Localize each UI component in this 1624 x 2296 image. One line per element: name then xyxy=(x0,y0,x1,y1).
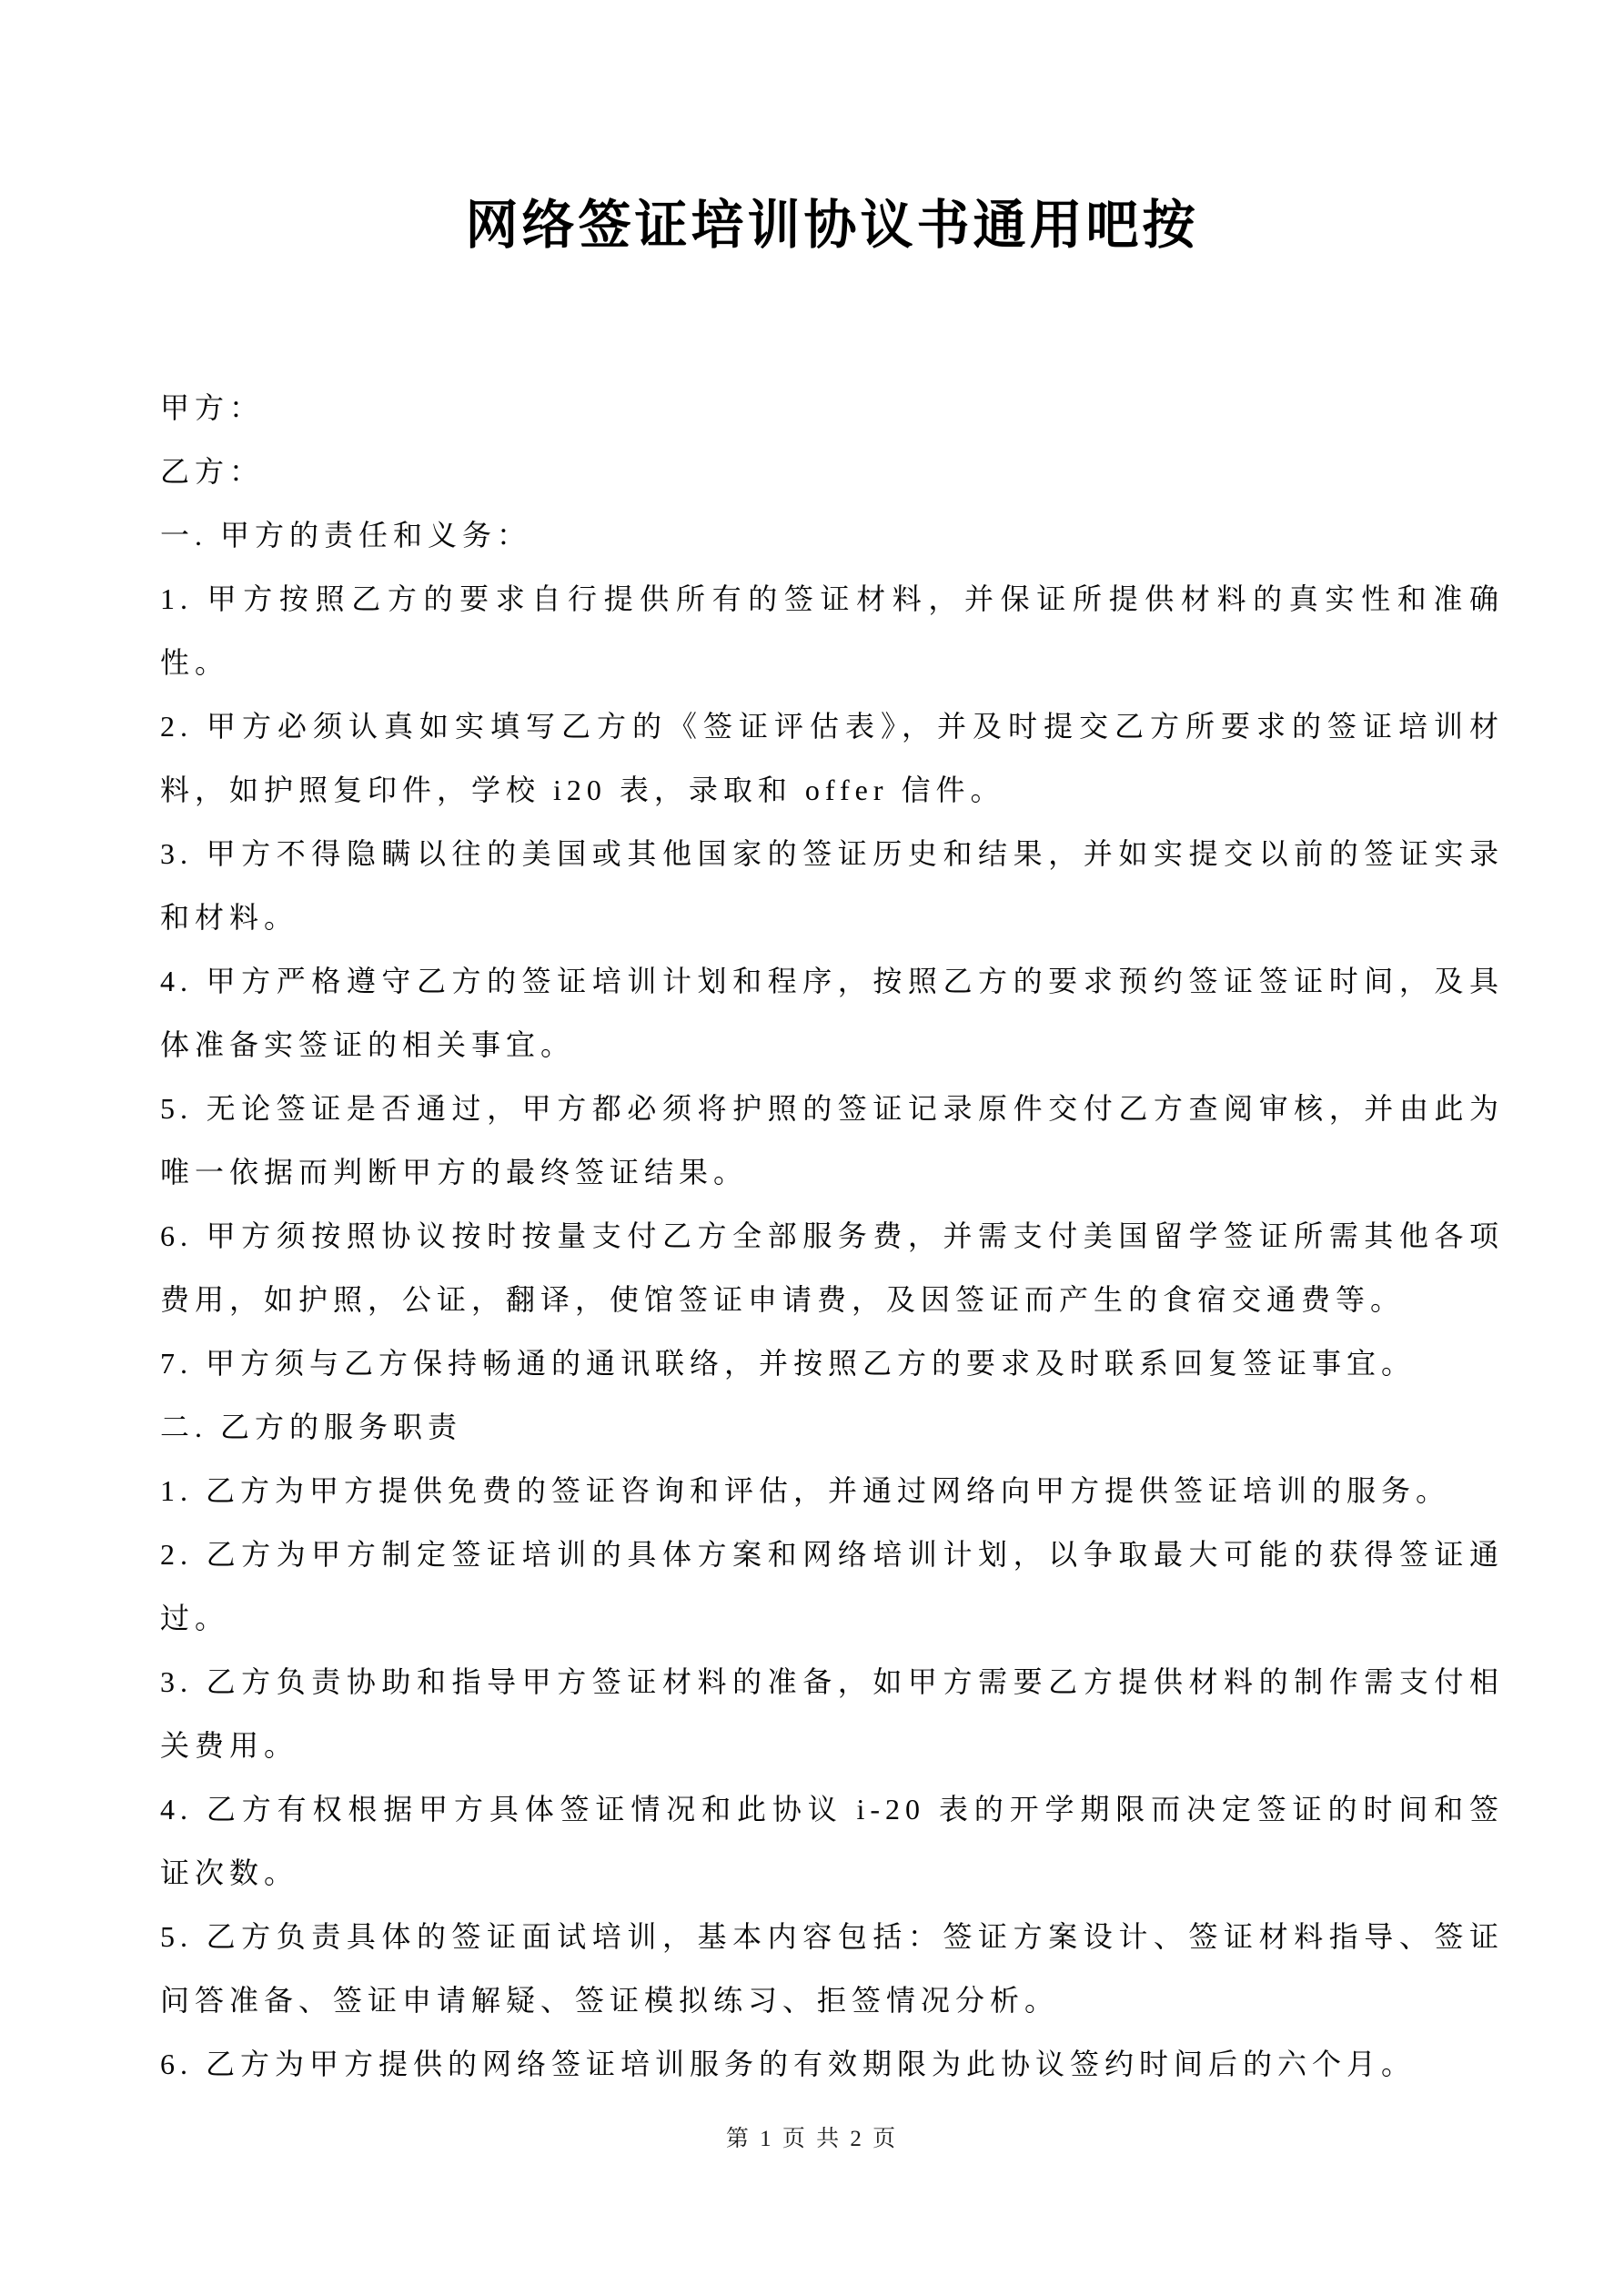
section-2-item-1: 1. 乙方为甲方提供免费的签证咨询和评估，并通过网络向甲方提供签证培训的服务。 xyxy=(160,1459,1504,1522)
section-2-item-2: 2. 乙方为甲方制定签证培训的具体方案和网络培训计划，以争取最大可能的获得签证通… xyxy=(160,1522,1504,1650)
section-1-item-7: 7. 甲方须与乙方保持畅通的通讯联络，并按照乙方的要求及时联系回复签证事宜。 xyxy=(160,1331,1504,1395)
section-1-item-2: 2. 甲方必须认真如实填写乙方的《签证评估表》，并及时提交乙方所要求的签证培训材… xyxy=(160,694,1504,822)
document-body: 甲方： 乙方： 一. 甲方的责任和义务： 1. 甲方按照乙方的要求自行提供所有的… xyxy=(160,376,1504,2096)
section-2-item-6: 6. 乙方为甲方提供的网络签证培训服务的有效期限为此协议签约时间后的六个月。 xyxy=(160,2032,1504,2096)
section-1-item-5: 5. 无论签证是否通过，甲方都必须将护照的签证记录原件交付乙方查阅审核，并由此为… xyxy=(160,1077,1504,1204)
section-1-item-1: 1. 甲方按照乙方的要求自行提供所有的签证材料，并保证所提供材料的真实性和准确性… xyxy=(160,567,1504,694)
section-1-item-4: 4. 甲方严格遵守乙方的签证培训计划和程序，按照乙方的要求预约签证签证时间，及具… xyxy=(160,949,1504,1077)
section-2-item-3: 3. 乙方负责协助和指导甲方签证材料的准备，如甲方需要乙方提供材料的制作需支付相… xyxy=(160,1650,1504,1777)
section-2-heading: 二. 乙方的服务职责 xyxy=(160,1395,1504,1459)
party-b-line: 乙方： xyxy=(160,440,1504,503)
section-2-item-5: 5. 乙方负责具体的签证面试培训，基本内容包括：签证方案设计、签证材料指导、签证… xyxy=(160,1905,1504,2032)
section-1-item-6: 6. 甲方须按照协议按时按量支付乙方全部服务费，并需支付美国留学签证所需其他各项… xyxy=(160,1204,1504,1331)
party-a-line: 甲方： xyxy=(160,376,1504,440)
section-2-item-4: 4. 乙方有权根据甲方具体签证情况和此协议 i-20 表的开学期限而决定签证的时… xyxy=(160,1777,1504,1905)
section-1-item-3: 3. 甲方不得隐瞒以往的美国或其他国家的签证历史和结果，并如实提交以前的签证实录… xyxy=(160,822,1504,949)
page-number-footer: 第 1 页 共 2 页 xyxy=(0,2120,1624,2153)
document-page: 网络签证培训协议书通用吧按 甲方： 乙方： 一. 甲方的责任和义务： 1. 甲方… xyxy=(0,0,1624,2296)
document-title: 网络签证培训协议书通用吧按 xyxy=(160,187,1504,265)
section-1-heading: 一. 甲方的责任和义务： xyxy=(160,503,1504,567)
